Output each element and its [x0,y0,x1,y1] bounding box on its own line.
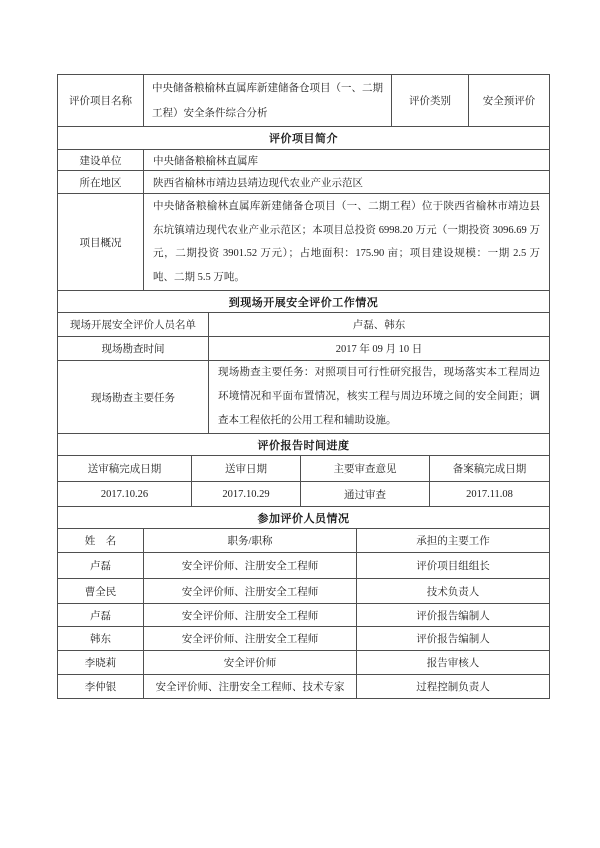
personnel-title-cell: 安全评价师、注册安全工程师 [143,627,356,650]
personnel-row: 卢磊 安全评价师、注册安全工程师 评价项目组组长 [58,552,549,578]
table-row: 项目概况 中央储备粮榆林直属库新建储备仓项目（一、二期工程）位于陕西省榆林市靖边… [58,193,549,290]
schedule-value-record-date: 2017.11.08 [429,482,549,506]
personnel-header-name: 姓 名 [58,529,143,552]
personnel-row: 李仲银 安全评价师、注册安全工程师、技术专家 过程控制负责人 [58,674,549,698]
project-overview-value: 中央储备粮榆林直属库新建储备仓项目（一、二期工程）位于陕西省榆林市靖边县东坑镇靖… [143,194,549,290]
project-overview-label: 项目概况 [58,194,143,290]
personnel-duty-cell: 报告审核人 [356,651,549,674]
personnel-title-cell: 安全评价师、注册安全工程师 [143,604,356,626]
personnel-name-cell: 卢磊 [58,604,143,626]
site-survey-date-label: 现场勘查时间 [58,337,208,360]
site-survey-tasks-value: 现场勘查主要任务：对照项目可行性研究报告，现场落实本工程周边环境情况和平面布置情… [208,361,549,433]
personnel-duty-cell: 评价项目组组长 [356,553,549,578]
schedule-value-draft-date: 2017.10.26 [58,482,191,506]
evaluation-type-label: 评价类别 [391,75,468,126]
construction-unit-value: 中央储备粮榆林直属库 [143,150,549,170]
table-row: 所在地区 陕西省榆林市靖边县靖边现代农业产业示范区 [58,170,549,193]
site-survey-date-value: 2017 年 09 月 10 日 [208,337,549,360]
schedule-header-draft-date: 送审稿完成日期 [58,456,191,481]
personnel-name-cell: 韩东 [58,627,143,650]
location-label: 所在地区 [58,171,143,193]
personnel-name-cell: 李仲银 [58,675,143,698]
section-header-participants: 参加评价人员情况 [58,507,549,528]
section-header-site-evaluation: 到现场开展安全评价工作情况 [58,291,549,312]
personnel-name-cell: 卢磊 [58,553,143,578]
table-row: 2017.10.26 2017.10.29 通过审查 2017.11.08 [58,481,549,506]
personnel-duty-cell: 评价报告编制人 [356,604,549,626]
project-name-label: 评价项目名称 [58,75,143,126]
table-row: 现场勘查主要任务 现场勘查主要任务：对照项目可行性研究报告，现场落实本工程周边环… [58,360,549,433]
schedule-value-review-opinion: 通过审查 [300,482,429,506]
personnel-title-cell: 安全评价师、注册安全工程师、技术专家 [143,675,356,698]
section-header-project-intro: 评价项目简介 [58,127,549,149]
evaluation-summary-table: 评价项目名称 中央储备粮榆林直属库新建储备仓项目（一、二期工程）安全条件综合分析… [57,74,550,699]
table-row: 送审稿完成日期 送审日期 主要审查意见 备案稿完成日期 [58,455,549,481]
section-header-report-schedule: 评价报告时间进度 [58,434,549,455]
project-name-value: 中央储备粮榆林直属库新建储备仓项目（一、二期工程）安全条件综合分析 [143,75,391,126]
schedule-header-submit-date: 送审日期 [191,456,300,481]
schedule-header-review-opinion: 主要审查意见 [300,456,429,481]
table-row: 现场勘查时间 2017 年 09 月 10 日 [58,336,549,360]
personnel-row: 卢磊 安全评价师、注册安全工程师 评价报告编制人 [58,603,549,626]
personnel-header-title: 职务/职称 [143,529,356,552]
personnel-title-cell: 安全评价师、注册安全工程师 [143,553,356,578]
personnel-duty-cell: 过程控制负责人 [356,675,549,698]
table-row: 现场开展安全评价人员名单 卢磊、韩东 [58,312,549,336]
personnel-duty-cell: 技术负责人 [356,579,549,603]
table-row: 建设单位 中央储备粮榆林直属库 [58,149,549,170]
project-name-text: 中央储备粮榆林直属库新建储备仓项目（一、二期工程）安全条件综合分析 [144,76,391,126]
construction-unit-label: 建设单位 [58,150,143,170]
site-personnel-value: 卢磊、韩东 [208,313,549,336]
project-overview-text: 中央储备粮榆林直属库新建储备仓项目（一、二期工程）位于陕西省榆林市靖边县东坑镇靖… [144,195,549,289]
site-personnel-label: 现场开展安全评价人员名单 [58,313,208,336]
personnel-name-cell: 李晓莉 [58,651,143,674]
document-page: 评价项目名称 中央储备粮榆林直属库新建储备仓项目（一、二期工程）安全条件综合分析… [0,0,600,848]
schedule-value-submit-date: 2017.10.29 [191,482,300,506]
table-row: 评价项目简介 [58,126,549,149]
schedule-header-record-date: 备案稿完成日期 [429,456,549,481]
personnel-header-duty: 承担的主要工作 [356,529,549,552]
personnel-row: 韩东 安全评价师、注册安全工程师 评价报告编制人 [58,626,549,650]
personnel-row: 李晓莉 安全评价师 报告审核人 [58,650,549,674]
personnel-name-cell: 曹全民 [58,579,143,603]
personnel-title-cell: 安全评价师 [143,651,356,674]
personnel-duty-cell: 评价报告编制人 [356,627,549,650]
personnel-row: 曹全民 安全评价师、注册安全工程师 技术负责人 [58,578,549,603]
table-row: 评价报告时间进度 [58,433,549,455]
personnel-title-cell: 安全评价师、注册安全工程师 [143,579,356,603]
site-survey-tasks-text: 现场勘查主要任务：对照项目可行性研究报告，现场落实本工程周边环境情况和平面布置情… [209,361,549,433]
table-row: 姓 名 职务/职称 承担的主要工作 [58,528,549,552]
location-value: 陕西省榆林市靖边县靖边现代农业产业示范区 [143,171,549,193]
evaluation-type-value: 安全预评价 [468,75,549,126]
table-row: 到现场开展安全评价工作情况 [58,290,549,312]
table-row: 评价项目名称 中央储备粮榆林直属库新建储备仓项目（一、二期工程）安全条件综合分析… [58,75,549,126]
site-survey-tasks-label: 现场勘查主要任务 [58,361,208,433]
table-row: 参加评价人员情况 [58,506,549,528]
